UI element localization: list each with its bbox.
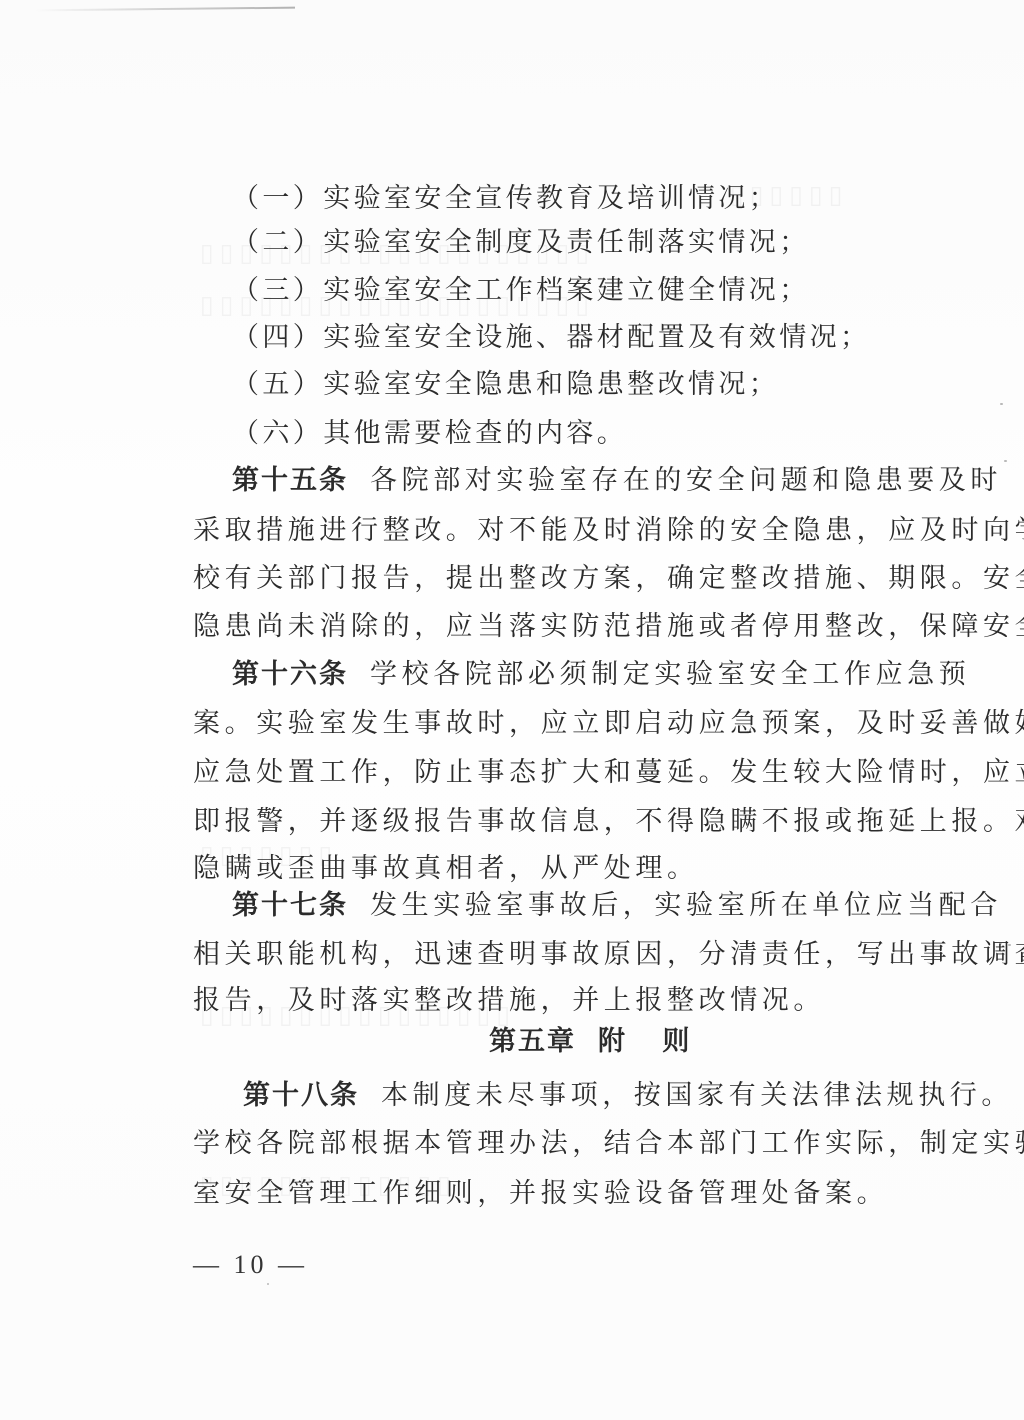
article-18-line-2: 学校各院部根据本管理办法，结合本部门工作实际，制定实验 <box>193 1128 1024 1160</box>
article-16-line-4: 即报警，并逐级报告事故信息，不得隐瞒不报或拖延上报。对 <box>193 806 1024 838</box>
article-18-line-3: 室安全管理工作细则，并报实验设备管理处备案。 <box>193 1178 888 1210</box>
list-item-4: （四）实验室安全设施、器材配置及有效情况； <box>232 322 870 354</box>
article-17-line-3: 报告，及时落实整改措施，并上报整改情况。 <box>193 985 825 1017</box>
scan-speck <box>267 1283 269 1285</box>
article-16-line-5: 隐瞒或歪曲事故真相者，从严处理。 <box>193 853 699 885</box>
article-15-line-1: 第十五条各院部对实验室存在的安全问题和隐患要及时 <box>232 465 1002 497</box>
scan-speck <box>1004 460 1007 462</box>
article-16-line-2: 案。实验室发生事故时，应立即启动应急预案，及时妥善做好 <box>193 708 1024 740</box>
article-16-text: 学校各院部必须制定实验室安全工作应急预 <box>370 659 970 690</box>
list-item-5: （五）实验室安全隐患和隐患整改情况； <box>232 369 779 401</box>
list-item-6: （六）其他需要检查的内容。 <box>232 418 627 450</box>
scanned-page: ▯▯▯▯▯▯ ▯▯▯▯▯▯▯▯▯▯▯▯▯▯▯▯▯▯▯▯ ▯▯▯▯▯▯▯▯▯▯▯▯… <box>0 0 1024 1420</box>
list-item-2: （二）实验室安全制度及责任制落实情况； <box>232 227 810 259</box>
list-item-1: （一）实验室安全宣传教育及培训情况； <box>232 183 779 215</box>
article-16-line-1: 第十六条学校各院部必须制定实验室安全工作应急预 <box>232 659 970 691</box>
article-17-label: 第十七条 <box>232 890 348 921</box>
chapter-number: 第五章 <box>489 1026 576 1057</box>
list-item-3: （三）实验室安全工作档案建立健全情况； <box>232 275 810 307</box>
article-17-line-1: 第十七条发生实验室事故后，实验室所在单位应当配合 <box>232 890 1002 922</box>
chapter-title: 附 则 <box>598 1026 703 1057</box>
article-15-line-3: 校有关部门报告，提出整改方案，确定整改措施、期限。安全 <box>193 563 1024 595</box>
article-18-text: 本制度未尽事项，按国家有关法律法规执行。 <box>381 1080 1013 1111</box>
article-16-line-3: 应急处置工作，防止事态扩大和蔓延。发生较大险情时，应立 <box>193 757 1024 789</box>
article-16-label: 第十六条 <box>232 659 348 690</box>
scan-speck <box>1000 403 1003 405</box>
chapter-heading: 第五章附 则 <box>489 1026 703 1058</box>
article-17-line-2: 相关职能机构，迅速查明事故原因，分清责任，写出事故调查 <box>193 939 1024 971</box>
scan-edge-shadow <box>35 7 295 12</box>
article-18-label: 第十八条 <box>243 1080 359 1111</box>
article-15-text: 各院部对实验室存在的安全问题和隐患要及时 <box>370 465 1002 496</box>
page-number: — 10 — <box>193 1250 308 1280</box>
article-15-line-4: 隐患尚未消除的，应当落实防范措施或者停用整改，保障安全。 <box>193 611 1024 643</box>
article-15-label: 第十五条 <box>232 465 348 496</box>
article-15-line-2: 采取措施进行整改。对不能及时消除的安全隐患，应及时向学 <box>193 515 1024 547</box>
article-18-line-1: 第十八条本制度未尽事项，按国家有关法律法规执行。 <box>243 1080 1013 1112</box>
article-17-text: 发生实验室事故后，实验室所在单位应当配合 <box>370 890 1002 921</box>
